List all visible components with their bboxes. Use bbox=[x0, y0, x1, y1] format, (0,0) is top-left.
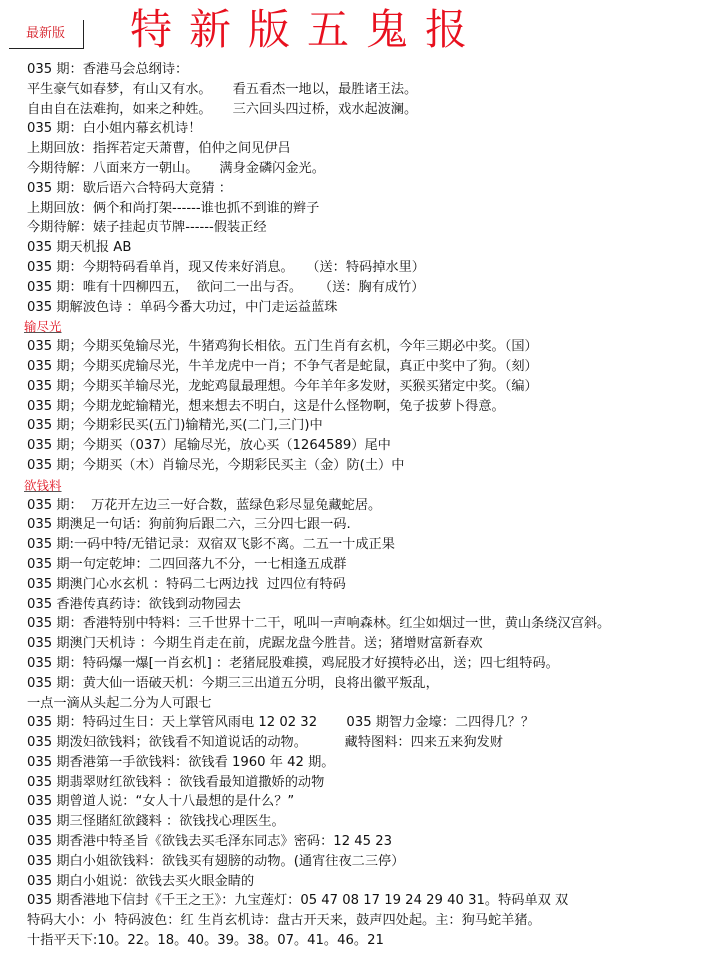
text-line: 035 期： 万花开左边三一好合数，蓝绿色彩尽显兔藏蛇居。 bbox=[27, 496, 703, 516]
latest-edition-badge: 最新版 bbox=[26, 22, 65, 41]
text-line: 035 期：香港马会总纲诗： bbox=[27, 60, 703, 80]
section-label: 欲钱料 bbox=[24, 476, 703, 496]
text-line: 035 期解波色诗 ：单码今番大功过，中门走运益蓝珠 bbox=[27, 298, 703, 318]
text-line: 特码大小：小 特码波色：红 生肖玄机诗：盘古开天来，鼓声四处起。主：狗马蛇羊猪。 bbox=[27, 911, 703, 931]
text-line: 035 期一句定乾坤：二四回落九不分，一七相逢五成群 bbox=[27, 555, 703, 575]
text-line: 035 期:一码中特/无错记录：双宿双飞影不离。二五一十成正果 bbox=[27, 535, 703, 555]
section-label: 输尽光 bbox=[24, 317, 703, 337]
text-line: 035 期翡翠财红欲钱料 ：欲钱看最知道撒娇的动物 bbox=[27, 773, 703, 793]
text-line: 035 香港传真药诗：欲钱到动物园去 bbox=[27, 595, 703, 615]
text-line: 035 期；今期买羊输尽光，龙蛇鸡鼠最理想。今年羊年多发财，买猴买猪定中奖。（编… bbox=[27, 377, 703, 397]
text-line: 035 期：香港特别中特料：三千世界十二干，吼叫一声响森林。红尘如烟过一世，黄山… bbox=[27, 614, 703, 634]
page-title: 特新版五鬼报 bbox=[130, 2, 484, 58]
text-line: 035 期三怪賭紅欲錢料 ：欲钱找心理医生。 bbox=[27, 812, 703, 832]
text-line: 035 期；今期买（037）尾输尽光，放心买（1264589）尾中 bbox=[27, 436, 703, 456]
text-line: 035 期；今期彩民买(五门)输精光,买(二门,三门)中 bbox=[27, 416, 703, 436]
text-line: 035 期泼妇欲钱料；欲钱看不知道说话的动物。 藏特图料：四来五来狗发财 bbox=[27, 733, 703, 753]
text-line: 035 期曾道人说：“女人十八最想的是什么？” bbox=[27, 792, 703, 812]
text-line: 035 期澳门心水玄机 ：特码二七两边找 过四位有特码 bbox=[27, 575, 703, 595]
text-line: 自由自在法难拘，如来之种姓。 三六回头四过桥，戏水起波澜。 bbox=[27, 100, 703, 120]
text-line: 一点一滴从头起二分为人可跟七 bbox=[27, 694, 703, 714]
text-line: 035 期香港第一手欲钱料：欲钱看 1960 年 42 期。 bbox=[27, 753, 703, 773]
text-line: 035 期澳门天机诗 ：今期生肖走在前，虎踞龙盘今胜昔。送；猪增财富新春欢 bbox=[27, 634, 703, 654]
text-line: 035 期：特码爆一爆[一肖玄机] ：老猪屁股难摸，鸡屁股才好摸特必出，送；四七… bbox=[27, 654, 703, 674]
text-line: 035 期：白小姐内幕玄机诗！ bbox=[27, 119, 703, 139]
text-line: 上期回放：指挥若定天萧曹，伯仲之间见伊吕 bbox=[27, 139, 703, 159]
text-line: 035 期；今期买兔输尽光，牛猪鸡狗长相依。五门生肖有玄机，今年三期必中奖。（国… bbox=[27, 337, 703, 357]
text-line: 今期待解：八面来方一朝山。 满身金磷闪金光。 bbox=[27, 159, 703, 179]
text-line: 035 期香港中特圣旨《欲钱去买毛泽东同志》密码：12 45 23 bbox=[27, 832, 703, 852]
text-line: 035 期：歇后语六合特码大竟猜 ： bbox=[27, 179, 703, 199]
text-line: 035 期白小姐说：欲钱去买火眼金睛的 bbox=[27, 872, 703, 892]
text-line: 035 期：特码过生日：天上掌管风雨电 12 02 32 035 期智力金壕：二… bbox=[27, 713, 703, 733]
text-line: 035 期；今期买（木）肖输尽光，今期彩民买主（金）防(土）中 bbox=[27, 456, 703, 476]
text-line: 035 期澳足一句话：狗前狗后跟二六，三分四七跟一码. bbox=[27, 515, 703, 535]
text-line: 035 期；今期龙蛇输精光，想来想去不明白，这是什么怪物啊，兔子拔萝卜得意。 bbox=[27, 397, 703, 417]
text-line: 035 期：今期特码看单肖，现又传来好消息。 （送：特码掉水里） bbox=[27, 258, 703, 278]
text-line: 035 期；今期买虎输尽光，牛羊龙虎中一肖；不争气者是蛇鼠，真正中奖中了狗。（刻… bbox=[27, 357, 703, 377]
text-line: 035 期：黄大仙一语破天机：今期三三出道五分明，良将出徽平叛乱， bbox=[27, 674, 703, 694]
text-line: 十指平天下:10。22。18。40。39。38。07。41。46。21 bbox=[27, 931, 703, 951]
text-line: 今期待解：婊子挂起贞节牌------假装正经 bbox=[27, 218, 703, 238]
text-line: 平生豪气如春梦，有山又有水。 看五看杰一地以，最胜诸王法。 bbox=[27, 80, 703, 100]
text-line: 035 期天机报 AB bbox=[27, 238, 703, 258]
text-line: 上期回放：俩个和尚打架------谁也抓不到谁的辫子 bbox=[27, 199, 703, 219]
text-line: 035 期：唯有十四柳四五， 欲问二一出与否。 （送：胸有成竹） bbox=[27, 278, 703, 298]
content-lines: 035 期：香港马会总纲诗：平生豪气如春梦，有山又有水。 看五看杰一地以，最胜诸… bbox=[27, 60, 703, 951]
text-line: 035 期香港地下信封《千王之王》：九宝莲灯：05 47 08 17 19 24… bbox=[27, 891, 703, 911]
text-line: 035 期白小姐欲钱料：欲钱买有翅膀的动物。(通宵往夜二三停） bbox=[27, 852, 703, 872]
